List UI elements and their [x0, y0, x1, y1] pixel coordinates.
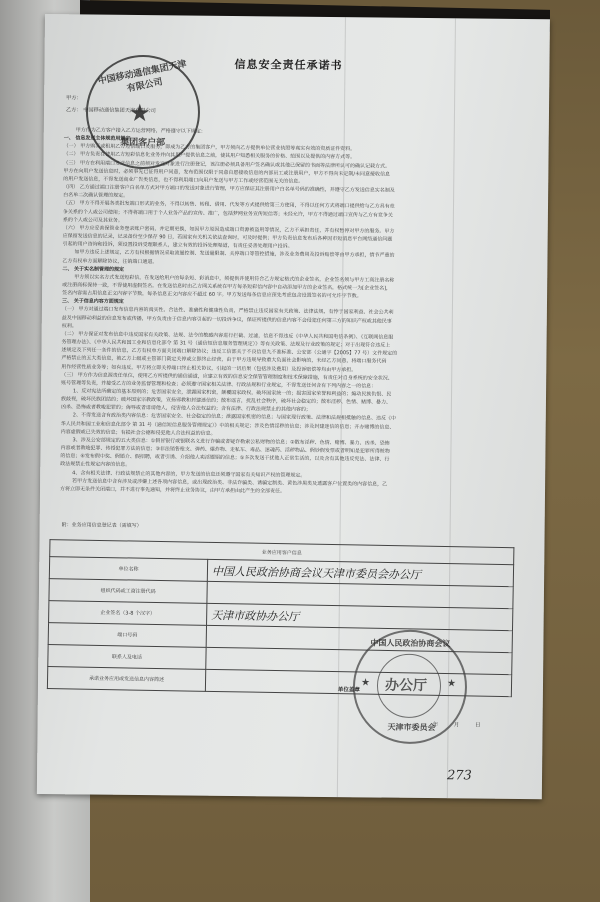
- document-body: 甲方作为乙方客户接入乙方运营网络，严格遵守以下规定：一、 信息发送主体规范用规定…: [60, 126, 534, 498]
- document-title: 信息安全责任承诺书: [234, 56, 342, 73]
- party-a: 甲方：: [66, 94, 82, 101]
- field-label: 组织代码或工商注册代码: [49, 579, 207, 604]
- star-icon: ★: [129, 99, 151, 127]
- seal-ring-text: 中国移动通信集团天津有限公司: [95, 56, 192, 100]
- field-label: 企业签名（3-8 个汉字）: [49, 601, 207, 626]
- date-label: 年 月 日: [433, 720, 481, 729]
- field-label: 端口号码: [48, 623, 206, 648]
- field-label: 联系人及电话: [48, 645, 206, 670]
- document-sheet: 信息安全责任承诺书 甲方： 乙方： 中国移动通信集团天津有限公司 甲方作为乙方客…: [37, 14, 550, 799]
- star-icon: ★: [361, 677, 370, 688]
- page-number: 273: [447, 768, 472, 783]
- seal-bottom-text: 集团客户部: [108, 135, 178, 149]
- seal-center: 办公厅: [385, 675, 427, 695]
- star-icon: ★: [447, 678, 456, 689]
- field-label: 单位名称: [49, 557, 207, 582]
- field-label: 承诺业务应用或发送信息内容简述: [47, 667, 205, 692]
- company-seal: 中国移动通信集团天津有限公司 ★ 集团客户部: [85, 54, 200, 169]
- attachment-label: 附：业务应用信息登记表（需填写）: [62, 521, 142, 529]
- seal-ring-top: 中国人民政治协商会议: [365, 637, 455, 649]
